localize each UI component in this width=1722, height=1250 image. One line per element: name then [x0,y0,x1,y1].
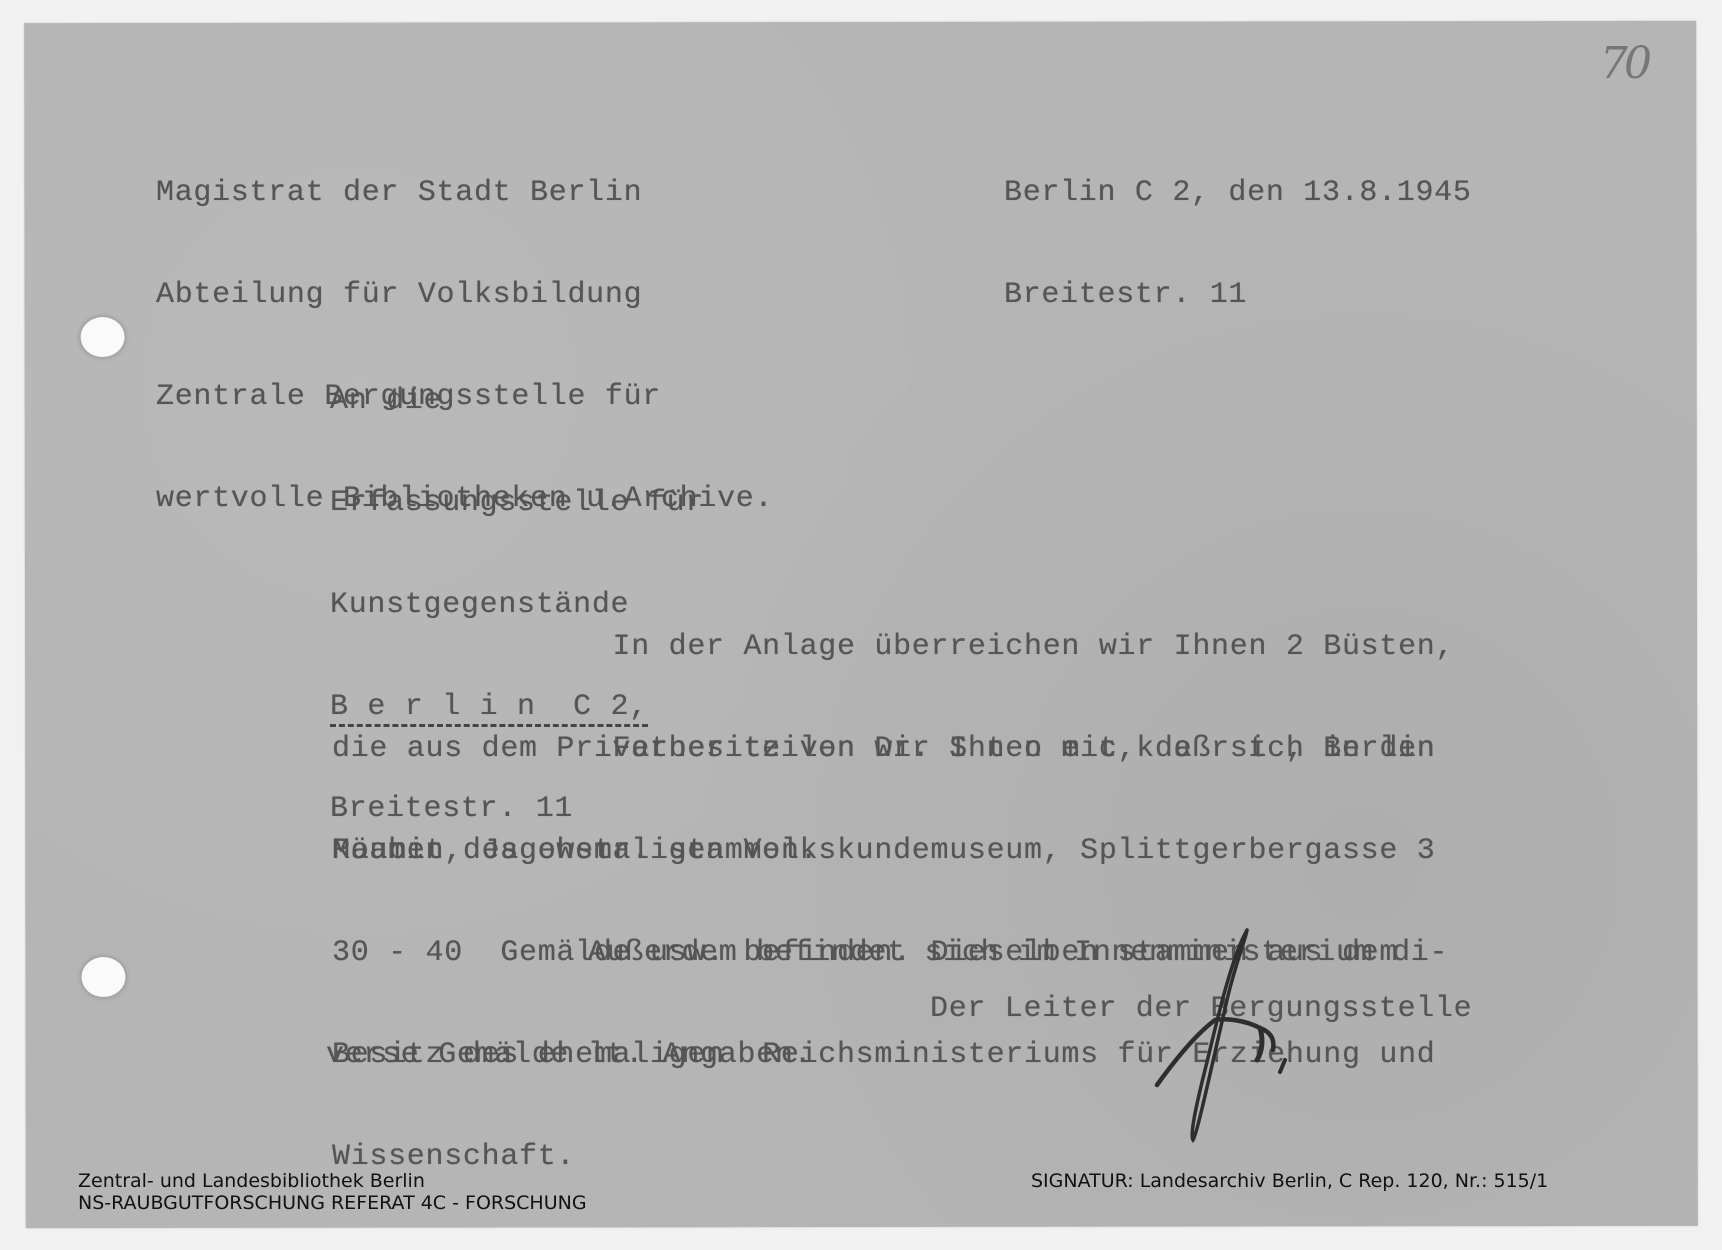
footer-institution: Zentral- und Landesbibliothek Berlin NS-… [78,1170,587,1214]
handwritten-page-number: 70 [1600,38,1648,89]
body-line: Ferner teilen wir Ihnen mit, daß sich in… [332,732,1435,766]
body-line: Räumen des ehemaligen Volkskundemuseum, … [332,834,1435,868]
date-block: Berlin C 2, den 13.8.1945 Breitestr. 11 [1004,108,1472,380]
address-line: Breitestr. 11 [1004,278,1472,312]
institution-name: Zentral- und Landesbibliothek Berlin [78,1170,587,1192]
sender-line: Abteilung für Volksbildung [156,278,773,312]
body-line: In der Anlage überreichen wir Ihnen 2 Bü… [332,630,1454,664]
archive-signatur: SIGNATUR: Landesarchiv Berlin, C Rep. 12… [1031,1170,1548,1192]
punch-hole-bottom [81,957,125,997]
punch-hole-top [81,317,125,357]
place-date-line: Berlin C 2, den 13.8.1945 [1004,176,1472,210]
scanned-document: 70 Magistrat der Stadt Berlin Abteilung … [0,0,1722,1250]
handwritten-signature [1135,920,1325,1150]
recipient-line: Erfassungsstelle für [330,486,704,520]
recipient-line: An die [330,384,704,418]
sender-line: Magistrat der Stadt Berlin [156,176,773,210]
department-name: NS-RAUBGUTFORSCHUNG REFERAT 4C - FORSCHU… [78,1192,587,1214]
